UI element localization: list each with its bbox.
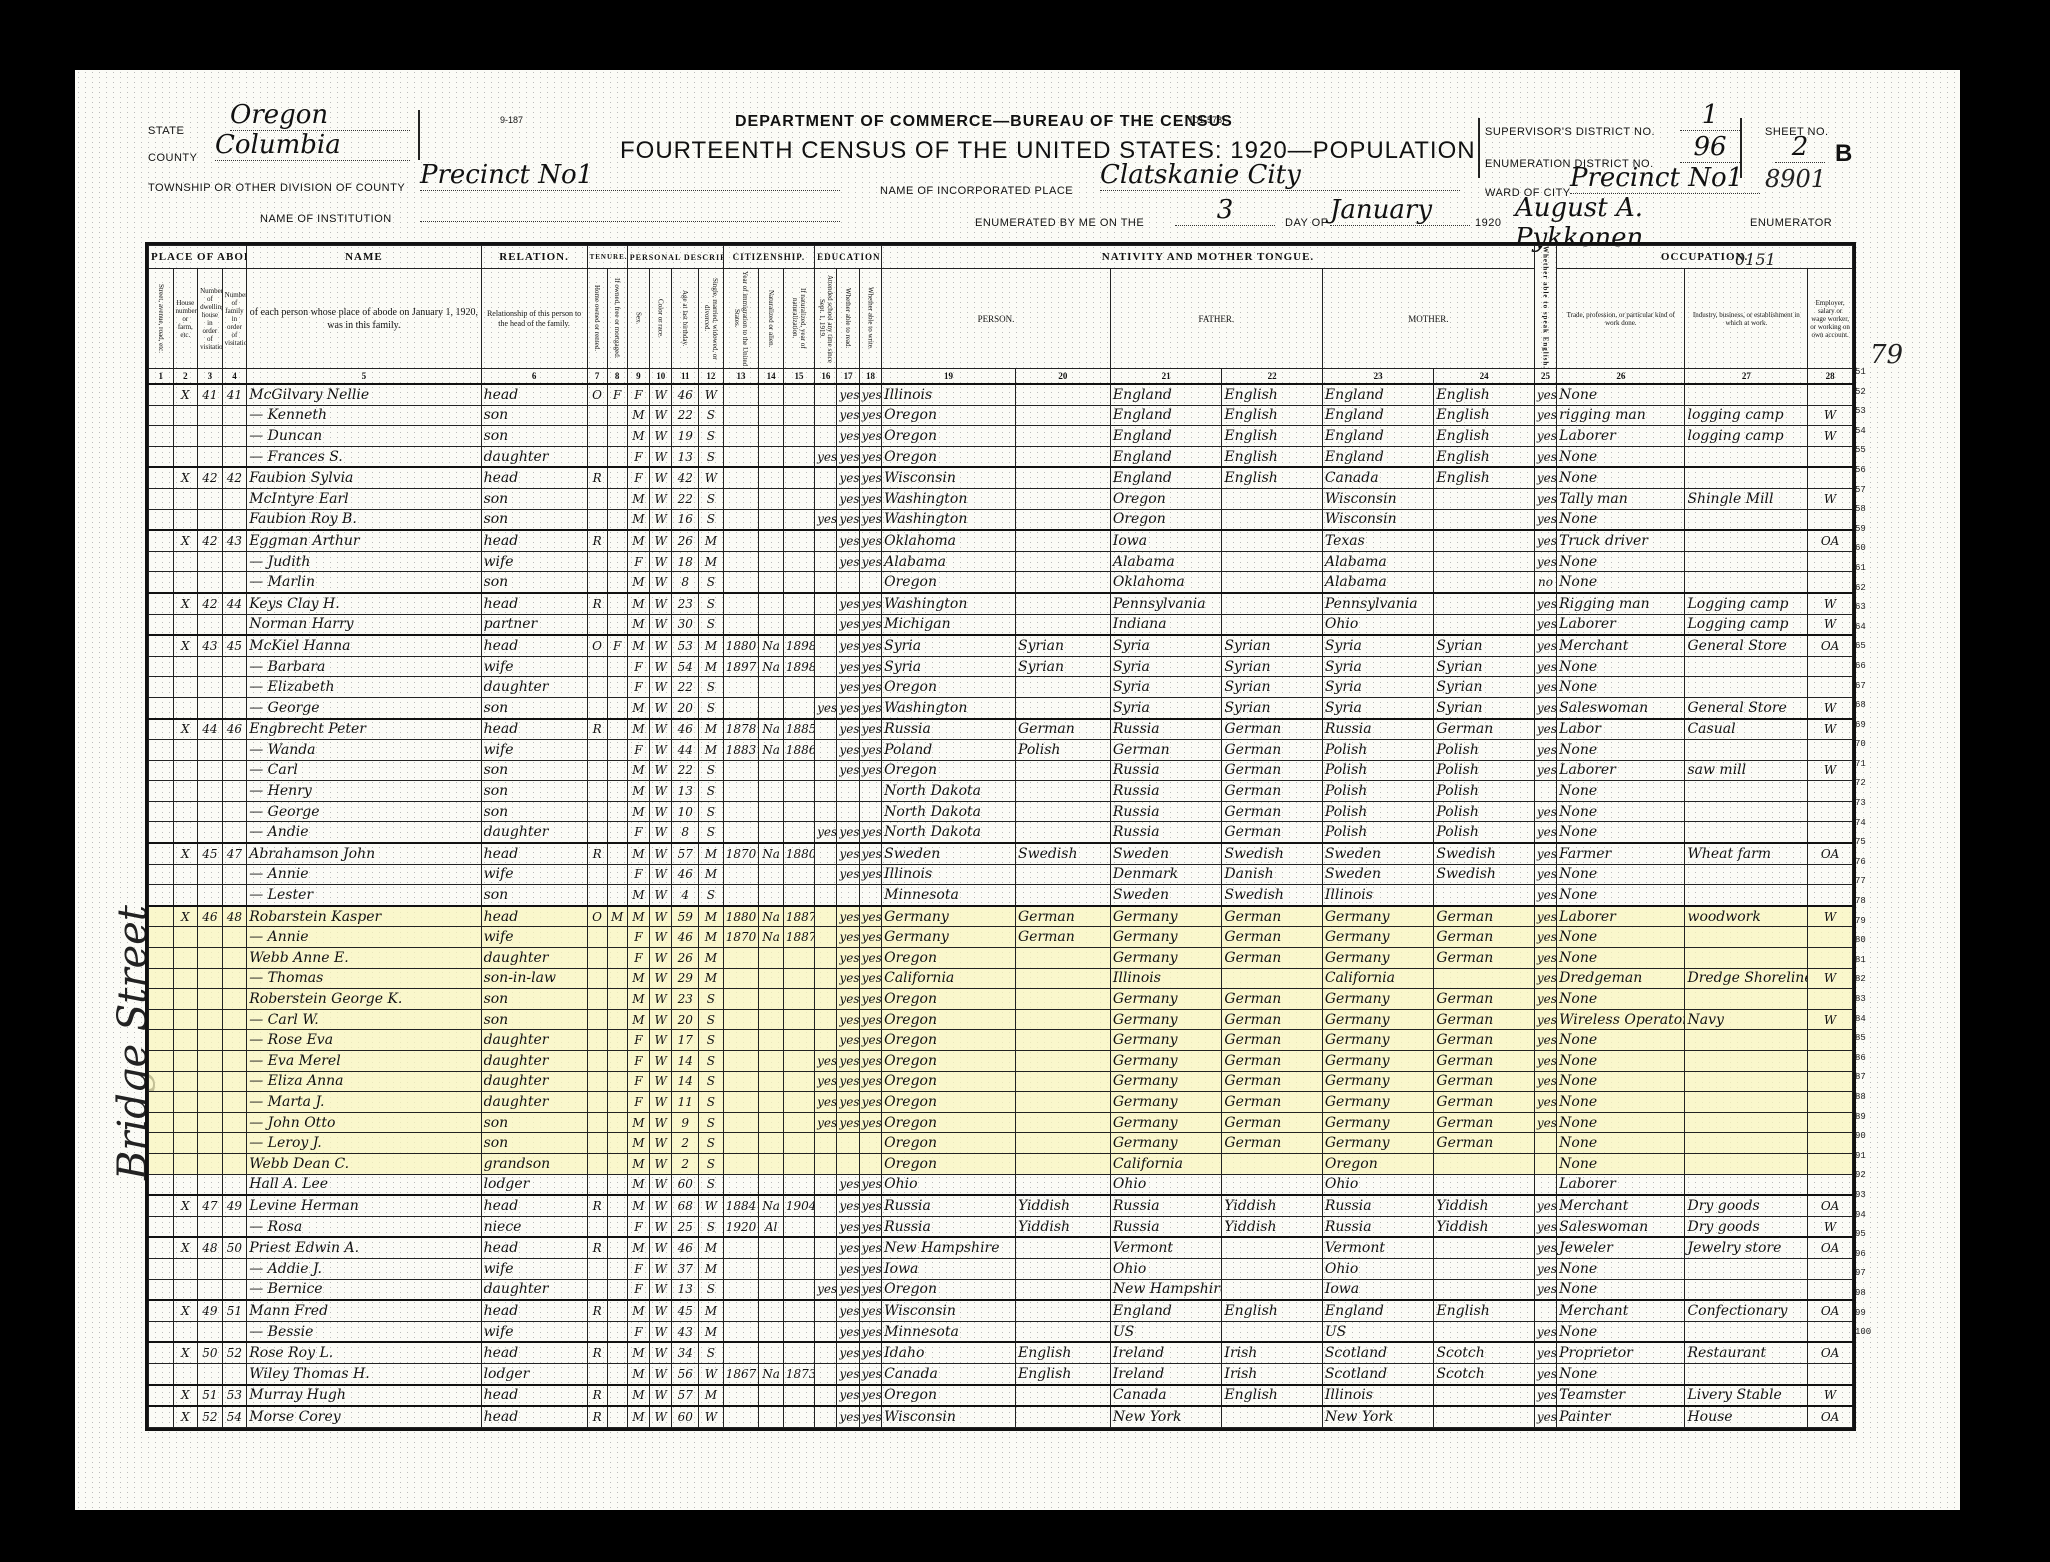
section-relation: RELATION.: [481, 246, 587, 269]
cell-mbp: England: [1322, 426, 1434, 447]
cell-ms: M: [699, 719, 724, 740]
cell-mt: Swedish: [1016, 843, 1111, 864]
cell-fam: [222, 948, 247, 969]
cell-rd: yes: [837, 509, 859, 530]
table-row: Hall A. LeelodgerMW60SyesyesOhioOhioOhio…: [149, 1174, 1853, 1195]
cell-bp: Oregon: [882, 426, 1016, 447]
cell-nat: [759, 948, 784, 969]
cell-sch: [815, 781, 837, 802]
cell-ind: Jewelry store: [1685, 1237, 1808, 1258]
cell-mmt: [1434, 509, 1534, 530]
cell-name: — George: [247, 697, 481, 718]
cell-mt: [1016, 1030, 1111, 1051]
cell-wr: [859, 781, 881, 802]
cell-mmt: [1434, 572, 1534, 593]
cell-eng: [1534, 1153, 1556, 1174]
cell-mort: [607, 1009, 627, 1030]
bracket: [1478, 118, 1480, 178]
cell-dw: [198, 948, 223, 969]
cell-rel: son: [481, 426, 587, 447]
cell-dw: [198, 760, 223, 781]
cell-mt: [1016, 1406, 1111, 1427]
cell-house: X: [173, 719, 198, 740]
cell-wr: yes: [859, 1258, 881, 1279]
cell-mort: [607, 1300, 627, 1321]
cell-mort: [607, 1363, 627, 1384]
cell-wr: yes: [859, 906, 881, 927]
cell-age: 54: [672, 656, 699, 677]
line-number: 96: [1855, 1242, 1885, 1262]
cell-eng: yes: [1534, 1112, 1556, 1133]
cell-naty: [783, 572, 814, 593]
cell-fbp: Oregon: [1110, 488, 1222, 509]
cell-name: McKiel Hanna: [247, 635, 481, 656]
cell-sch: [815, 801, 837, 822]
cell-mmt: [1434, 1406, 1534, 1427]
cell-own: O: [587, 384, 607, 405]
cell-naty: [783, 1216, 814, 1237]
section-citizenship: CITIZENSHIP.: [723, 246, 815, 269]
cell-naty: [783, 697, 814, 718]
cell-dw: [198, 1258, 223, 1279]
cell-eng: yes: [1534, 1030, 1556, 1051]
cell-own: [587, 927, 607, 948]
cell-street: [149, 822, 174, 843]
cell-nat: [759, 614, 784, 635]
cell-eng: yes: [1534, 906, 1556, 927]
cell-house: X: [173, 1342, 198, 1363]
cell-mbp: Ohio: [1322, 1258, 1434, 1279]
form-number: 9-187: [500, 115, 523, 125]
cell-age: 25: [672, 1216, 699, 1237]
supervisor-label: SUPERVISOR'S DISTRICT No.: [1485, 126, 1655, 138]
cell-nat: [759, 968, 784, 989]
cell-name: Faubion Roy B.: [247, 509, 481, 530]
cell-fmt: German: [1222, 1009, 1322, 1030]
cell-mt: German: [1016, 927, 1111, 948]
cell-rel: daughter: [481, 1092, 587, 1113]
table-row: — Frances S.daughterFW13SyesyesyesOregon…: [149, 446, 1853, 467]
table-row: — Rose EvadaughterFW17SyesyesOregonGerma…: [149, 1030, 1853, 1051]
cell-imm: [723, 467, 759, 488]
cell-ind: Restaurant: [1685, 1342, 1808, 1363]
cell-naty: [783, 488, 814, 509]
cell-mt: English: [1016, 1342, 1111, 1363]
cell-mort: [607, 989, 627, 1010]
cell-nat: [759, 822, 784, 843]
cell-fmt: English: [1222, 384, 1322, 405]
cell-house: [173, 989, 198, 1010]
cell-imm: 1920: [723, 1216, 759, 1237]
cell-fam: [222, 614, 247, 635]
table-row: X4446Engbrecht PeterheadRMW46M1878Na1885…: [149, 719, 1853, 740]
cell-mmt: German: [1434, 1071, 1534, 1092]
cell-sch: [815, 1385, 837, 1407]
cell-age: 16: [672, 509, 699, 530]
cell-rel: daughter: [481, 1071, 587, 1092]
col-age: Age at last birthday.: [672, 269, 699, 369]
cell-fmt: [1222, 1153, 1322, 1174]
table-row: — CarlsonMW22SyesyesOregonRussiaGermanPo…: [149, 760, 1853, 781]
cell-house: X: [173, 635, 198, 656]
cell-dw: 48: [198, 1237, 223, 1258]
cell-fbp: Illinois: [1110, 968, 1222, 989]
cell-mmt: English: [1434, 426, 1534, 447]
cell-mt: German: [1016, 906, 1111, 927]
cell-dw: [198, 405, 223, 426]
cell-race: W: [650, 1406, 672, 1427]
line-number: 68: [1855, 693, 1885, 713]
cell-ind: logging camp: [1685, 426, 1808, 447]
cell-bp: Washington: [882, 593, 1016, 614]
cell-wr: yes: [859, 989, 881, 1010]
cell-wr: yes: [859, 948, 881, 969]
cell-dw: [198, 968, 223, 989]
cell-sex: M: [627, 1009, 649, 1030]
cell-name: — Marlin: [247, 572, 481, 593]
cell-mbp: Germany: [1322, 989, 1434, 1010]
cell-fbp: Russia: [1110, 1195, 1222, 1216]
cell-dw: [198, 1321, 223, 1342]
cell-ind: [1685, 384, 1808, 405]
cell-rel: son: [481, 781, 587, 802]
cell-nat: [759, 1030, 784, 1051]
cell-cls: W: [1808, 1216, 1853, 1237]
cell-own: R: [587, 1342, 607, 1363]
cell-street: [149, 906, 174, 927]
cell-street: [149, 1237, 174, 1258]
cell-fam: [222, 968, 247, 989]
cell-cls: [1808, 1071, 1853, 1092]
cell-imm: [723, 1112, 759, 1133]
table-row: Webb Dean C.grandsonMW2SOregonCalifornia…: [149, 1153, 1853, 1174]
cell-street: [149, 446, 174, 467]
institution-label: NAME OF INSTITUTION: [260, 213, 392, 225]
cell-ind: [1685, 801, 1808, 822]
cell-ms: S: [699, 989, 724, 1010]
cell-street: [149, 1009, 174, 1030]
cell-rel: daughter: [481, 1030, 587, 1051]
cell-street: [149, 740, 174, 761]
cell-ms: S: [699, 801, 724, 822]
cell-fam: [222, 488, 247, 509]
line-number: 81: [1855, 948, 1885, 968]
cell-street: [149, 864, 174, 885]
cell-mmt: German: [1434, 948, 1534, 969]
cell-cls: W: [1808, 760, 1853, 781]
line-number: 54: [1855, 419, 1885, 439]
cell-occ: Laborer: [1557, 1174, 1685, 1195]
cell-fmt: German: [1222, 906, 1322, 927]
cell-fmt: Syrian: [1222, 635, 1322, 656]
cell-mort: [607, 1153, 627, 1174]
line-number: 55: [1855, 438, 1885, 458]
cell-mt: [1016, 1051, 1111, 1072]
cell-fam: [222, 927, 247, 948]
cell-mbp: Sweden: [1322, 843, 1434, 864]
cell-mort: [607, 1174, 627, 1195]
cell-race: W: [650, 1133, 672, 1154]
cell-occ: None: [1557, 467, 1685, 488]
table-row: X4244Keys Clay H.headRMW23SyesyesWashing…: [149, 593, 1853, 614]
cell-eng: yes: [1534, 927, 1556, 948]
cell-fmt: [1222, 1279, 1322, 1300]
cell-sch: yes: [815, 1071, 837, 1092]
table-row: X4648Robarstein KasperheadOMMW59M1880Na1…: [149, 906, 1853, 927]
cell-mmt: German: [1434, 1009, 1534, 1030]
cell-age: 11: [672, 1092, 699, 1113]
column-number: 5: [247, 369, 481, 385]
cell-name: Morse Corey: [247, 1406, 481, 1427]
cell-age: 14: [672, 1071, 699, 1092]
cell-house: [173, 551, 198, 572]
cell-house: X: [173, 906, 198, 927]
cell-mbp: Polish: [1322, 740, 1434, 761]
cell-mbp: Ohio: [1322, 614, 1434, 635]
cell-ind: [1685, 1174, 1808, 1195]
cell-naty: 1887: [783, 906, 814, 927]
cell-naty: [783, 1071, 814, 1092]
cell-eng: yes: [1534, 1009, 1556, 1030]
cell-occ: None: [1557, 1153, 1685, 1174]
cell-fbp: Syria: [1110, 677, 1222, 698]
cell-age: 29: [672, 968, 699, 989]
cell-fbp: Germany: [1110, 1030, 1222, 1051]
cell-fbp: Syria: [1110, 697, 1222, 718]
cell-wr: yes: [859, 864, 881, 885]
table-row: X5254Morse CoreyheadRMW60WyesyesWisconsi…: [149, 1406, 1853, 1427]
cell-mt: [1016, 614, 1111, 635]
line-number: 79: [1855, 909, 1885, 929]
cell-own: [587, 1321, 607, 1342]
cell-age: 53: [672, 635, 699, 656]
cell-mt: [1016, 446, 1111, 467]
cell-age: 13: [672, 446, 699, 467]
cell-ms: M: [699, 635, 724, 656]
cell-sch: [815, 968, 837, 989]
cell-house: X: [173, 1237, 198, 1258]
cell-race: W: [650, 635, 672, 656]
cell-street: [149, 467, 174, 488]
cell-mt: [1016, 1258, 1111, 1279]
cell-rd: yes: [837, 948, 859, 969]
cell-ind: Casual: [1685, 719, 1808, 740]
cell-bp: Washington: [882, 488, 1016, 509]
cell-race: W: [650, 1385, 672, 1407]
cell-mbp: Illinois: [1322, 885, 1434, 906]
cell-occ: None: [1557, 1258, 1685, 1279]
column-number: 22: [1222, 369, 1322, 385]
cell-sex: M: [627, 426, 649, 447]
cell-own: [587, 677, 607, 698]
cell-fmt: German: [1222, 1030, 1322, 1051]
cell-sex: F: [627, 948, 649, 969]
cell-ms: S: [699, 488, 724, 509]
cell-dw: 41: [198, 384, 223, 405]
cell-cls: [1808, 656, 1853, 677]
cell-nat: [759, 1300, 784, 1321]
cell-occ: None: [1557, 1030, 1685, 1051]
cell-mbp: Pennsylvania: [1322, 593, 1434, 614]
cell-rd: yes: [837, 1071, 859, 1092]
cell-fam: [222, 1112, 247, 1133]
cell-cls: [1808, 446, 1853, 467]
cell-name: Priest Edwin A.: [247, 1237, 481, 1258]
cell-age: 8: [672, 822, 699, 843]
cell-ind: [1685, 1258, 1808, 1279]
cell-mt: [1016, 677, 1111, 698]
cell-fbp: Ohio: [1110, 1174, 1222, 1195]
col-sex: Sex.: [627, 269, 649, 369]
cell-name: Murray Hugh: [247, 1385, 481, 1407]
cell-mmt: German: [1434, 1030, 1534, 1051]
cell-rel: head: [481, 530, 587, 551]
cell-dw: [198, 551, 223, 572]
cell-mt: [1016, 1385, 1111, 1407]
cell-race: W: [650, 760, 672, 781]
cell-mt: [1016, 801, 1111, 822]
enumeration-district: 96: [1680, 132, 1740, 163]
cell-name: — Elizabeth: [247, 677, 481, 698]
cell-sch: yes: [815, 1092, 837, 1113]
cell-rel: son: [481, 509, 587, 530]
cell-fmt: Syrian: [1222, 677, 1322, 698]
cell-cls: [1808, 1363, 1853, 1384]
cell-imm: [723, 426, 759, 447]
cell-mbp: Illinois: [1322, 1385, 1434, 1407]
col-write: Whether able to write.: [859, 269, 881, 369]
cell-fbp: California: [1110, 1153, 1222, 1174]
cell-occ: Saleswoman: [1557, 697, 1685, 718]
cell-cls: [1808, 467, 1853, 488]
cell-race: W: [650, 1363, 672, 1384]
cell-cls: [1808, 801, 1853, 822]
cell-mbp: Syria: [1322, 635, 1434, 656]
cell-mort: [607, 1237, 627, 1258]
cell-rd: [837, 1153, 859, 1174]
cell-sex: M: [627, 843, 649, 864]
cell-house: [173, 1133, 198, 1154]
cell-race: W: [650, 677, 672, 698]
cell-ms: S: [699, 885, 724, 906]
cell-mbp: Wisconsin: [1322, 488, 1434, 509]
cell-fbp: England: [1110, 467, 1222, 488]
cell-eng: yes: [1534, 1216, 1556, 1237]
cell-nat: [759, 1092, 784, 1113]
cell-imm: [723, 989, 759, 1010]
cell-occ: None: [1557, 1092, 1685, 1113]
cell-mt: Yiddish: [1016, 1195, 1111, 1216]
cell-mmt: [1434, 551, 1534, 572]
cell-sex: M: [627, 1133, 649, 1154]
cell-street: [149, 593, 174, 614]
cell-fam: [222, 1174, 247, 1195]
cell-naty: [783, 1406, 814, 1427]
cell-race: W: [650, 1051, 672, 1072]
cell-cls: [1808, 509, 1853, 530]
cell-eng: yes: [1534, 740, 1556, 761]
cell-street: [149, 1071, 174, 1092]
cell-sch: [815, 989, 837, 1010]
cell-mbp: Polish: [1322, 822, 1434, 843]
cell-nat: Na: [759, 906, 784, 927]
cell-cls: W: [1808, 405, 1853, 426]
cell-rd: yes: [837, 1051, 859, 1072]
cell-fam: [222, 1030, 247, 1051]
cell-wr: [859, 885, 881, 906]
cell-cls: [1808, 1279, 1853, 1300]
cell-race: W: [650, 530, 672, 551]
cell-fmt: Irish: [1222, 1363, 1322, 1384]
cell-naty: [783, 677, 814, 698]
cell-fmt: German: [1222, 801, 1322, 822]
cell-bp: Germany: [882, 906, 1016, 927]
cell-ind: [1685, 1279, 1808, 1300]
cell-nat: [759, 885, 784, 906]
cell-mmt: German: [1434, 719, 1534, 740]
cell-dw: [198, 614, 223, 635]
cell-house: [173, 1153, 198, 1174]
cell-dw: 47: [198, 1195, 223, 1216]
cell-occ: Jeweler: [1557, 1237, 1685, 1258]
table-row: — AnniewifeFW46MyesyesIllinoisDenmarkDan…: [149, 864, 1853, 885]
cell-dw: 46: [198, 906, 223, 927]
cell-bp: Illinois: [882, 864, 1016, 885]
cell-house: [173, 948, 198, 969]
cell-ms: M: [699, 551, 724, 572]
cell-occ: None: [1557, 1071, 1685, 1092]
cell-house: [173, 1009, 198, 1030]
cell-mbp: Ohio: [1322, 1174, 1434, 1195]
cell-fam: [222, 740, 247, 761]
cell-ind: [1685, 864, 1808, 885]
cell-nat: [759, 1342, 784, 1363]
cell-fbp: England: [1110, 426, 1222, 447]
cell-naty: 1886: [783, 740, 814, 761]
cell-naty: [783, 1258, 814, 1279]
column-number: 3: [198, 369, 223, 385]
cell-nat: [759, 781, 784, 802]
cell-ms: W: [699, 1195, 724, 1216]
county-value: Columbia: [215, 130, 410, 161]
cell-wr: yes: [859, 740, 881, 761]
cell-occ: Merchant: [1557, 1300, 1685, 1321]
cell-name: — Annie: [247, 927, 481, 948]
cell-name: McIntyre Earl: [247, 488, 481, 509]
table-row: Faubion Roy B.sonMW16SyesyesyesWashingto…: [149, 509, 1853, 530]
cell-race: W: [650, 614, 672, 635]
cell-sex: M: [627, 968, 649, 989]
cell-cls: OA: [1808, 1195, 1853, 1216]
cell-wr: yes: [859, 1195, 881, 1216]
state-label: STATE: [148, 125, 184, 137]
cell-street: [149, 1342, 174, 1363]
cell-house: [173, 822, 198, 843]
cell-fbp: England: [1110, 384, 1222, 405]
cell-sch: [815, 1342, 837, 1363]
cell-rd: yes: [837, 405, 859, 426]
cell-bp: Oregon: [882, 989, 1016, 1010]
cell-ms: M: [699, 530, 724, 551]
cell-dw: [198, 1174, 223, 1195]
cell-sch: [815, 1195, 837, 1216]
cell-fam: 47: [222, 843, 247, 864]
cell-age: 10: [672, 801, 699, 822]
cell-name: — Eliza Anna: [247, 1071, 481, 1092]
column-number: 25: [1534, 369, 1556, 385]
cell-mbp: Alabama: [1322, 551, 1434, 572]
cell-house: [173, 1030, 198, 1051]
